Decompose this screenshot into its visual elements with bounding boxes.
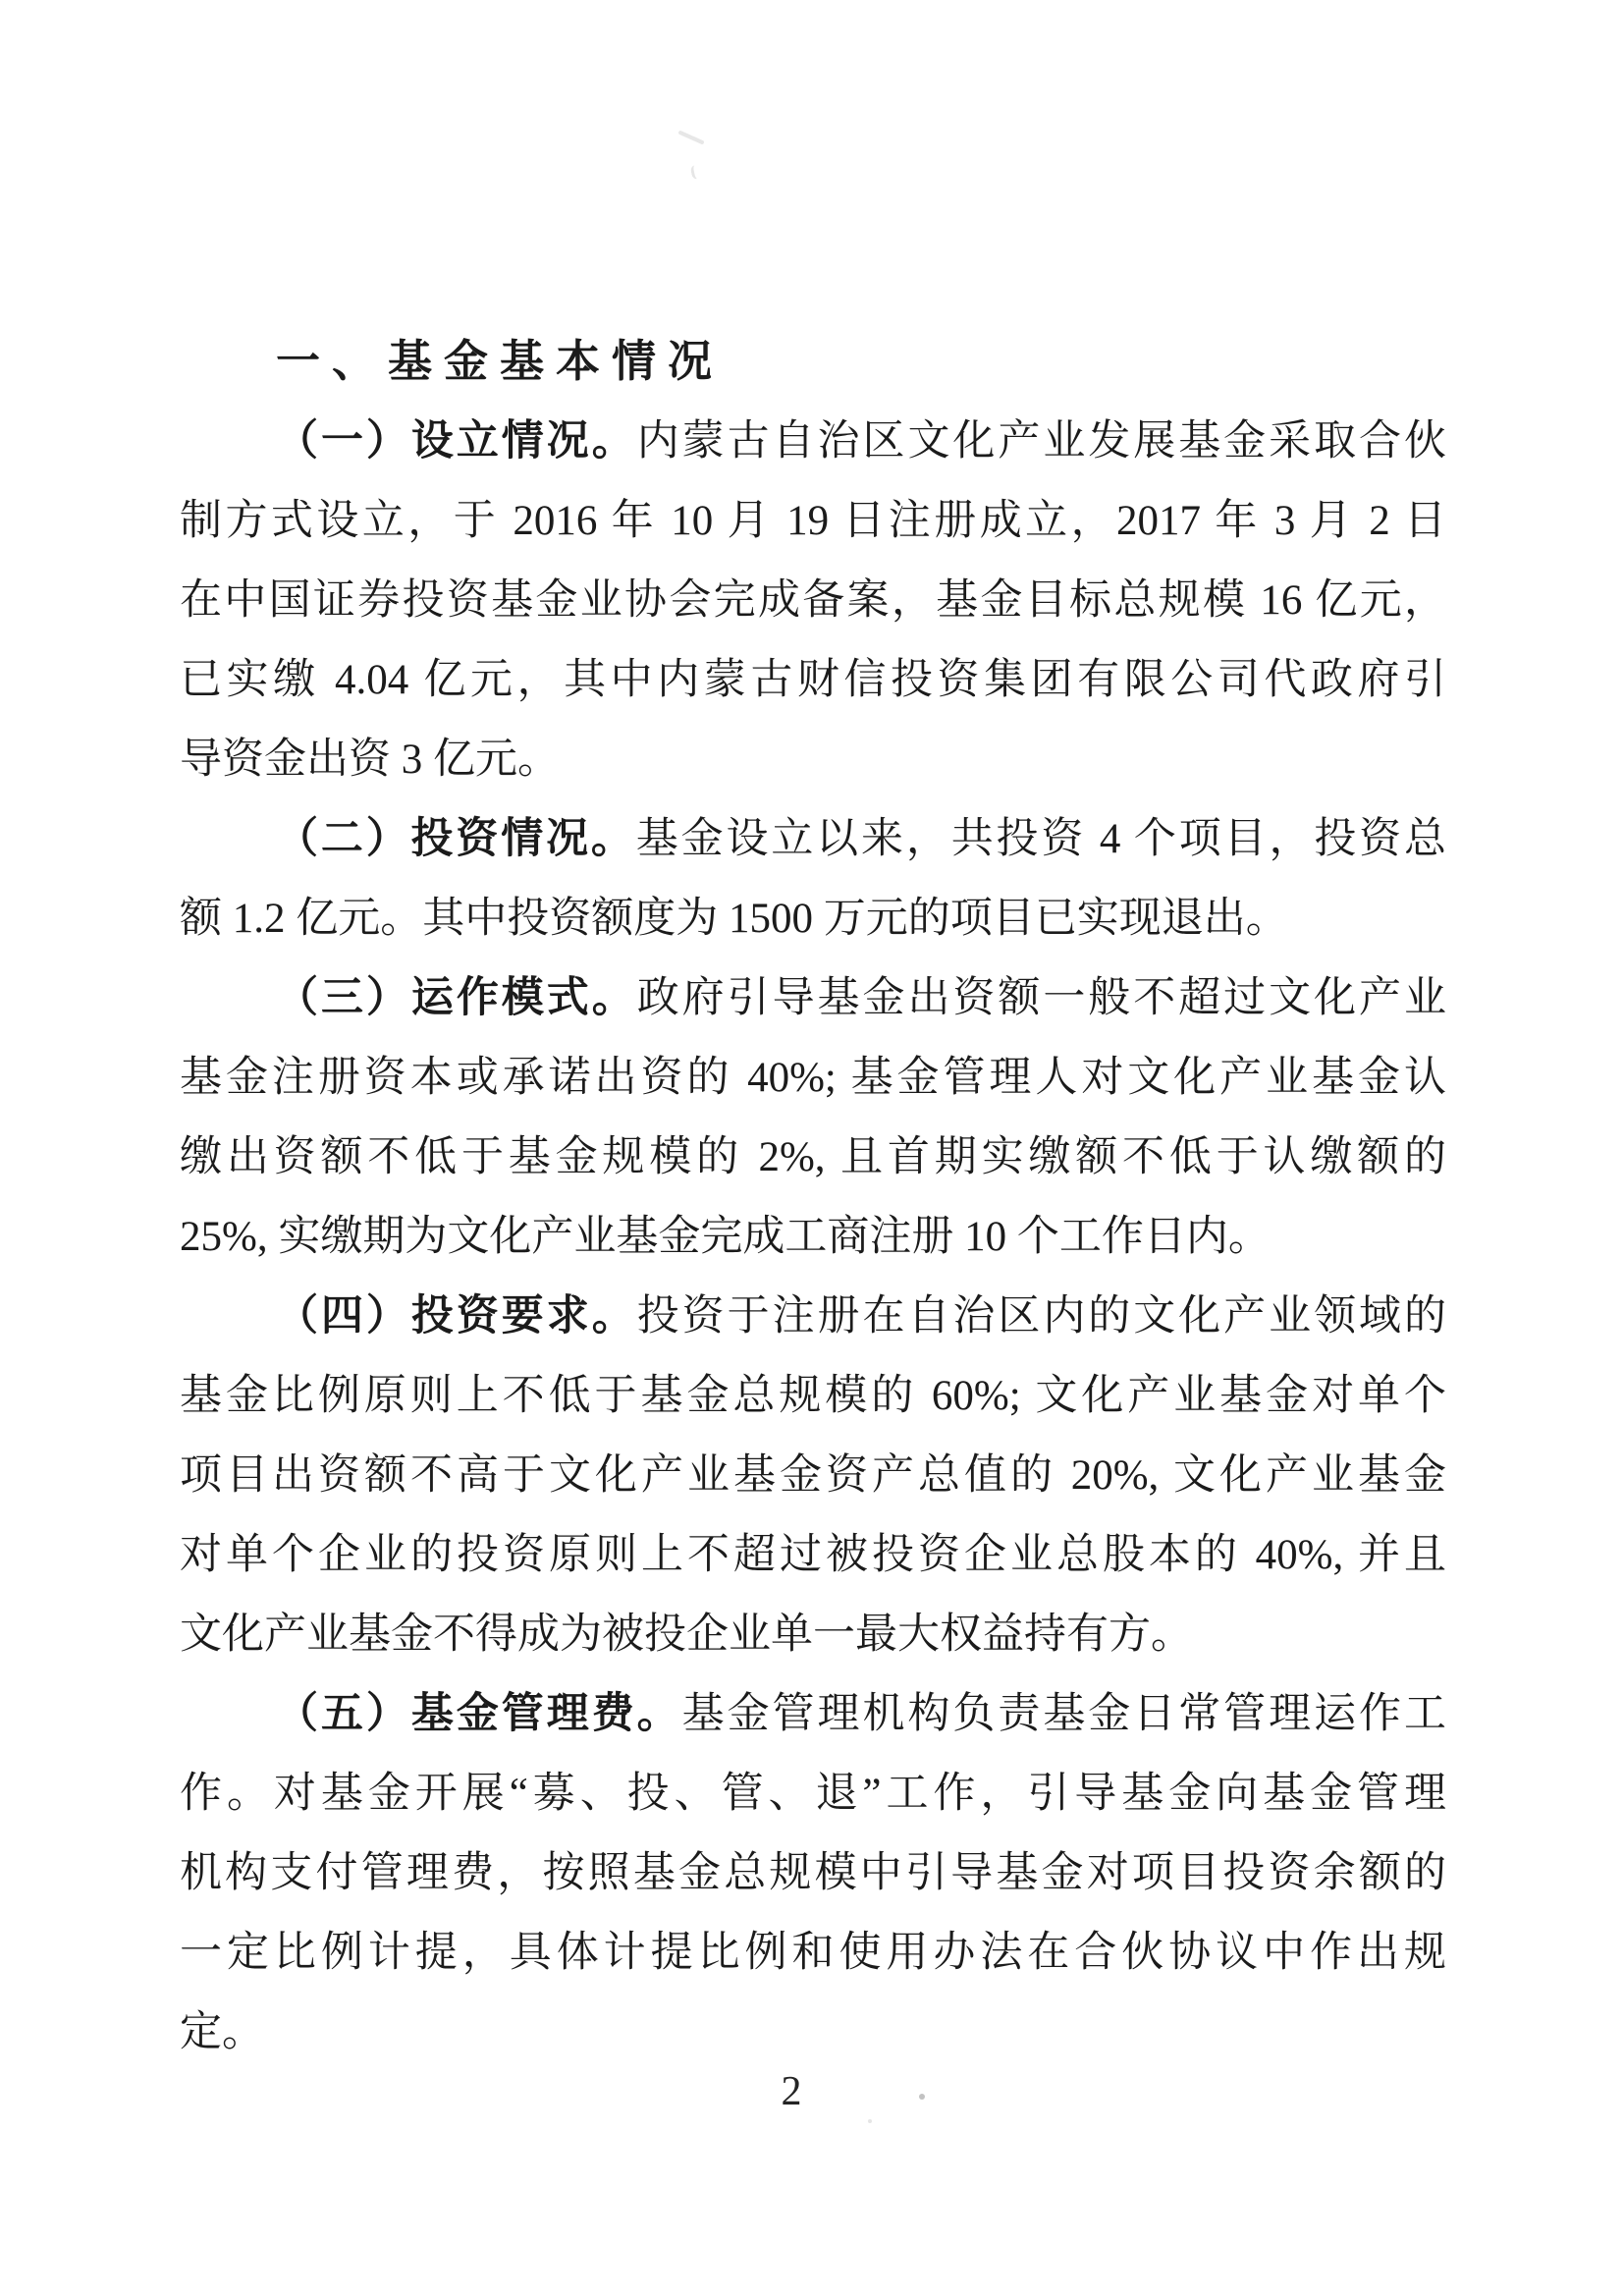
document-body: 一、基金基本情况 （一）设立情况。内蒙古自治区文化产业发展基金采取合伙 制方式设… xyxy=(180,322,1446,2072)
line-text: 项目出资额不高于文化产业基金资产总值的 20%, 文化产业基金 xyxy=(180,1452,1446,1499)
line-text: 基金管理机构负责基金日常管理运作工 xyxy=(682,1691,1446,1737)
text-line: 机构支付管理费，按照基金总规模中引导基金对项目投资余额的 xyxy=(180,1833,1446,1913)
text-line: 作。对基金开展“募、投、管、退”工作，引导基金向基金管理 xyxy=(180,1754,1446,1833)
line-text: 文化产业基金不得成为被投企业单一最大权益持有方。 xyxy=(180,1612,1193,1658)
section-heading: 一、基金基本情况 xyxy=(180,322,1446,402)
text-line: （三）运作模式。政府引导基金出资额一般不超过文化产业 xyxy=(180,958,1446,1038)
line-text: 投资于注册在自治区内的文化产业领域的 xyxy=(637,1293,1446,1339)
line-text: 基金设立以来，共投资 4 个项目，投资总 xyxy=(636,816,1446,862)
text-line: 定。 xyxy=(180,1993,1446,2072)
line-text: 额 1.2 亿元。其中投资额度为 1500 万元的项目已实现退出。 xyxy=(180,896,1288,942)
text-line: 额 1.2 亿元。其中投资额度为 1500 万元的项目已实现退出。 xyxy=(180,879,1446,958)
line-text: 25%, 实缴期为文化产业基金完成工商注册 10 个工作日内。 xyxy=(180,1214,1271,1260)
line-text: 一定比例计提，具体计提比例和使用办法在合伙协议中作出规 xyxy=(180,1930,1446,1976)
line-text: 政府引导基金出资额一般不超过文化产业 xyxy=(637,975,1446,1021)
line-text: 基金比例原则上不低于基金总规模的 60%; 文化产业基金对单个 xyxy=(180,1373,1446,1419)
line-text: 导资金出资 3 亿元。 xyxy=(180,737,560,783)
line-text: 已实缴 4.04 亿元，其中内蒙古财信投资集团有限公司代政府引 xyxy=(180,657,1446,703)
line-text: 在中国证券投资基金业协会完成备案，基金目标总规模 16 亿元， xyxy=(180,577,1446,624)
text-line: 文化产业基金不得成为被投企业单一最大权益持有方。 xyxy=(180,1595,1446,1674)
scan-artifact xyxy=(690,164,705,180)
text-line: （四）投资要求。投资于注册在自治区内的文化产业领域的 xyxy=(180,1277,1446,1356)
line-text: 制方式设立，于 2016 年 10 月 19 日注册成立，2017 年 3 月 … xyxy=(180,498,1446,544)
text-line: （二）投资情况。基金设立以来，共投资 4 个项目，投资总 xyxy=(180,799,1446,879)
line-text: 作。对基金开展“募、投、管、退”工作，引导基金向基金管理 xyxy=(180,1771,1446,1817)
text-line: 缴出资额不低于基金规模的 2%, 且首期实缴额不低于认缴额的 xyxy=(180,1118,1446,1197)
line-text: 基金注册资本或承诺出资的 40%; 基金管理人对文化产业基金认 xyxy=(180,1055,1446,1101)
text-line: 基金注册资本或承诺出资的 40%; 基金管理人对文化产业基金认 xyxy=(180,1038,1446,1118)
text-line: 对单个企业的投资原则上不超过被投资企业总股本的 40%, 并且 xyxy=(180,1515,1446,1595)
text-line: （一）设立情况。内蒙古自治区文化产业发展基金采取合伙 xyxy=(180,402,1446,481)
scan-artifact xyxy=(677,130,704,144)
text-line: 已实缴 4.04 亿元，其中内蒙古财信投资集团有限公司代政府引 xyxy=(180,640,1446,720)
scan-artifact xyxy=(868,2119,872,2123)
text-line: 制方式设立，于 2016 年 10 月 19 日注册成立，2017 年 3 月 … xyxy=(180,481,1446,561)
text-line: 导资金出资 3 亿元。 xyxy=(180,720,1446,799)
text-line: 在中国证券投资基金业协会完成备案，基金目标总规模 16 亿元， xyxy=(180,561,1446,640)
paragraph-label: （一）设立情况。 xyxy=(276,418,637,465)
page-number: 2 xyxy=(752,2062,831,2121)
scanned-document-page: 一、基金基本情况 （一）设立情况。内蒙古自治区文化产业发展基金采取合伙 制方式设… xyxy=(0,0,1623,2296)
line-text: 对单个企业的投资原则上不超过被投资企业总股本的 40%, 并且 xyxy=(180,1532,1446,1578)
text-line: 一定比例计提，具体计提比例和使用办法在合伙协议中作出规 xyxy=(180,1913,1446,1993)
paragraph-label: （三）运作模式。 xyxy=(276,975,637,1021)
text-line: 基金比例原则上不低于基金总规模的 60%; 文化产业基金对单个 xyxy=(180,1356,1446,1436)
line-text: 缴出资额不低于基金规模的 2%, 且首期实缴额不低于认缴额的 xyxy=(180,1134,1446,1180)
text-line: 25%, 实缴期为文化产业基金完成工商注册 10 个工作日内。 xyxy=(180,1197,1446,1277)
line-text: 内蒙古自治区文化产业发展基金采取合伙 xyxy=(637,418,1446,465)
paragraph-label: （四）投资要求。 xyxy=(276,1293,637,1339)
line-text: 定。 xyxy=(180,2009,264,2055)
paragraph-label: （五）基金管理费。 xyxy=(276,1691,682,1737)
text-line: 项目出资额不高于文化产业基金资产总值的 20%, 文化产业基金 xyxy=(180,1436,1446,1515)
text-line: （五）基金管理费。基金管理机构负责基金日常管理运作工 xyxy=(180,1674,1446,1754)
scan-artifact xyxy=(919,2094,925,2100)
paragraph-label: （二）投资情况。 xyxy=(276,816,636,862)
line-text: 机构支付管理费，按照基金总规模中引导基金对项目投资余额的 xyxy=(180,1850,1446,1896)
